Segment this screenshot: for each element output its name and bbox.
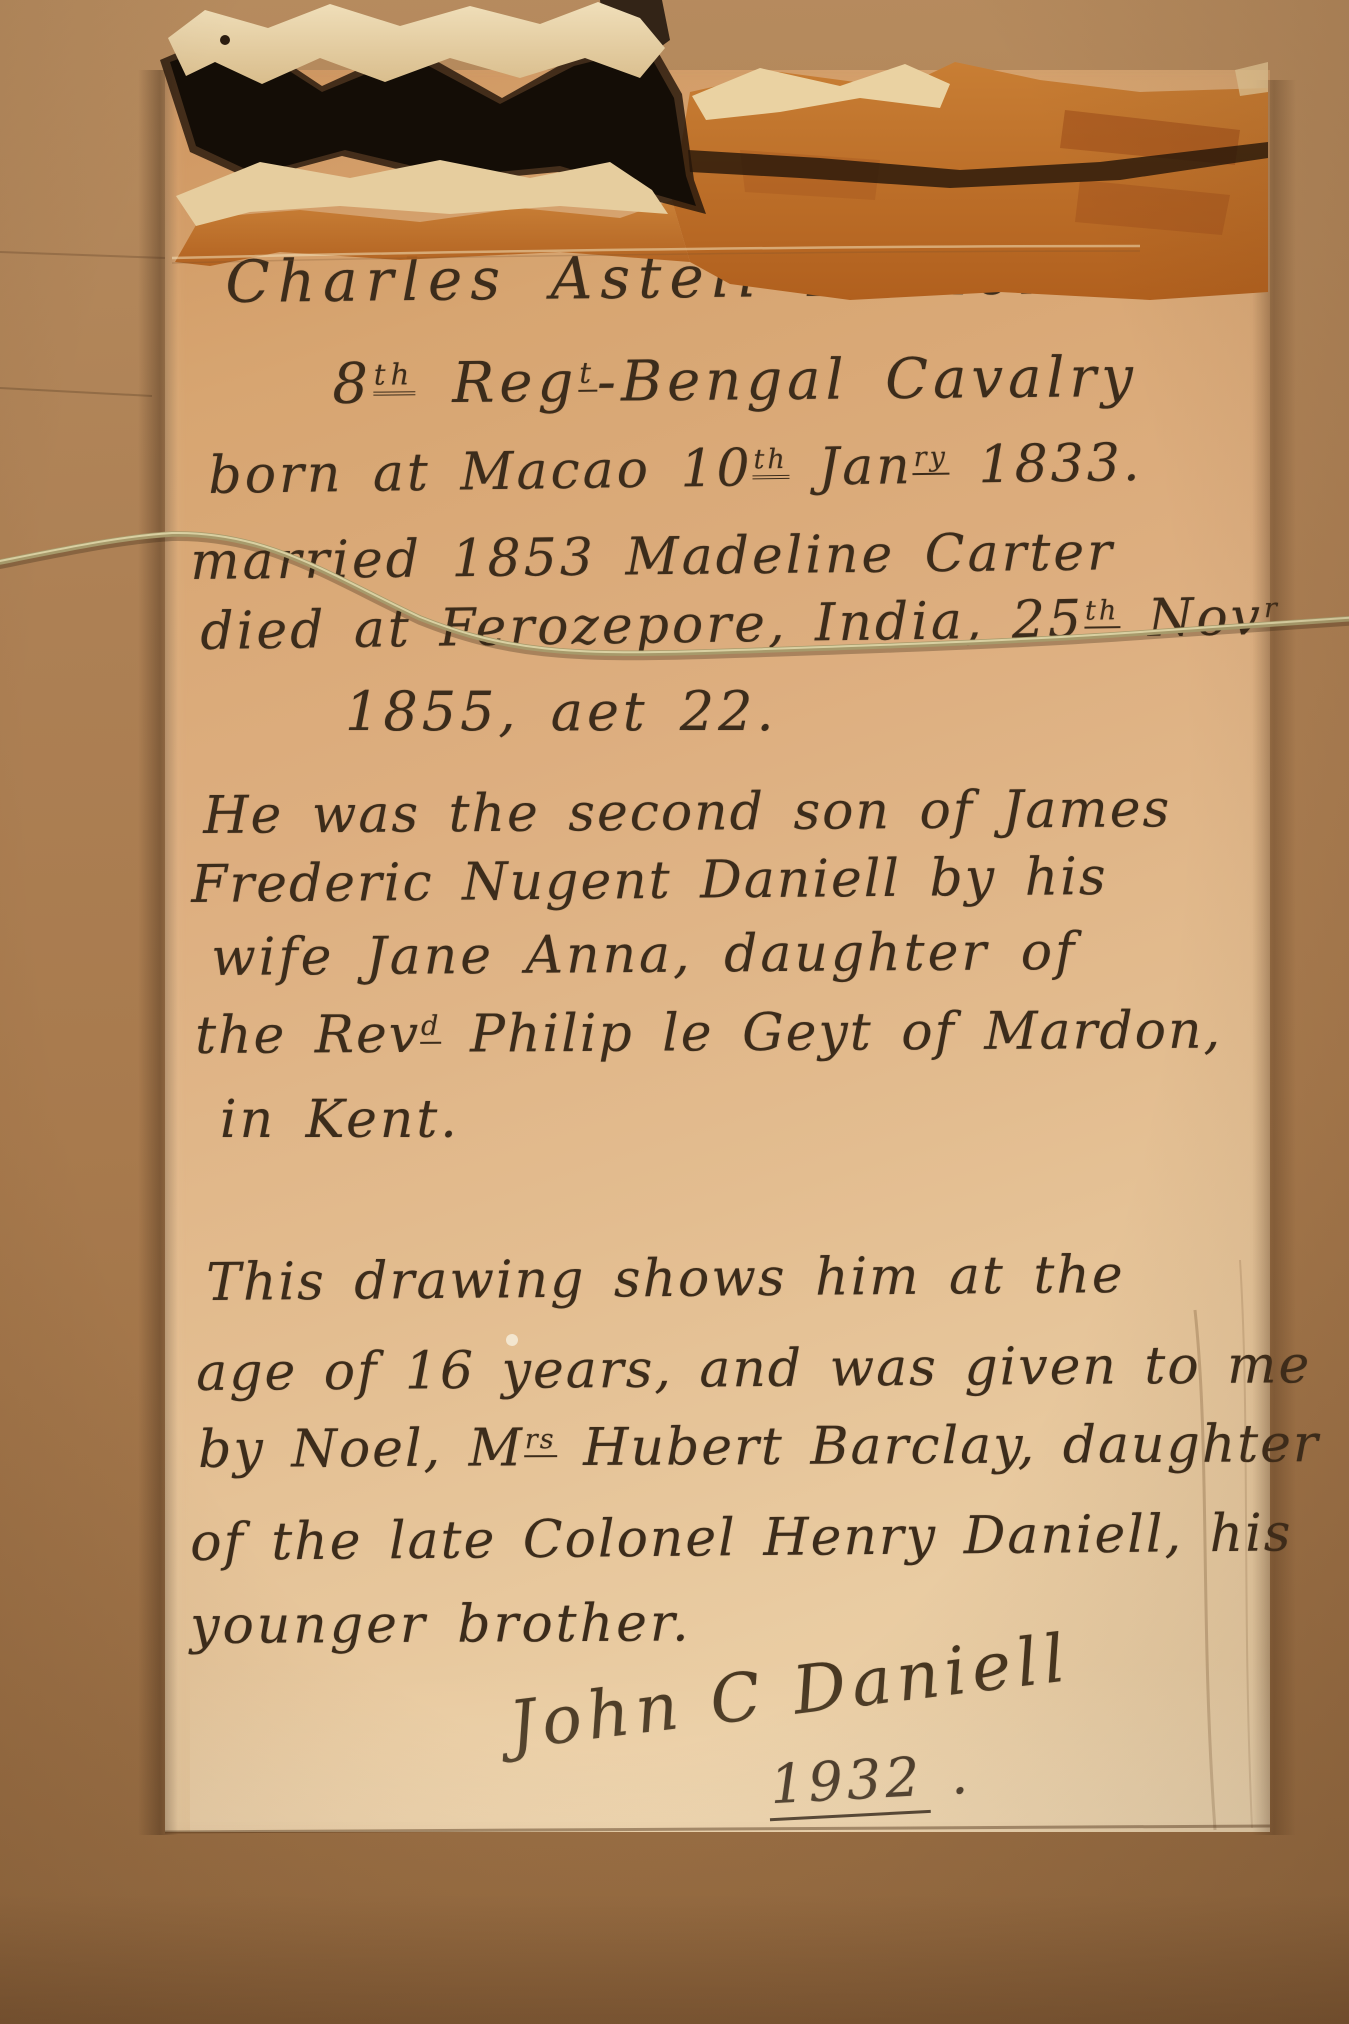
twine-string-shadow [0,538,1349,657]
photo-overlay-art [0,0,1349,2024]
label-right-edge-shadow [1252,80,1296,1835]
tape-sheen [190,1660,1270,1832]
framed-label-photo: Charles Astell Daniell8th Regt-Bengal Ca… [0,0,1349,2024]
torn-edge-cream-corner [1235,62,1268,96]
white-paint-speck [506,1334,518,1346]
backing-crease [0,388,152,396]
dark-speck [220,35,230,45]
label-left-edge-shadow [138,70,178,1835]
